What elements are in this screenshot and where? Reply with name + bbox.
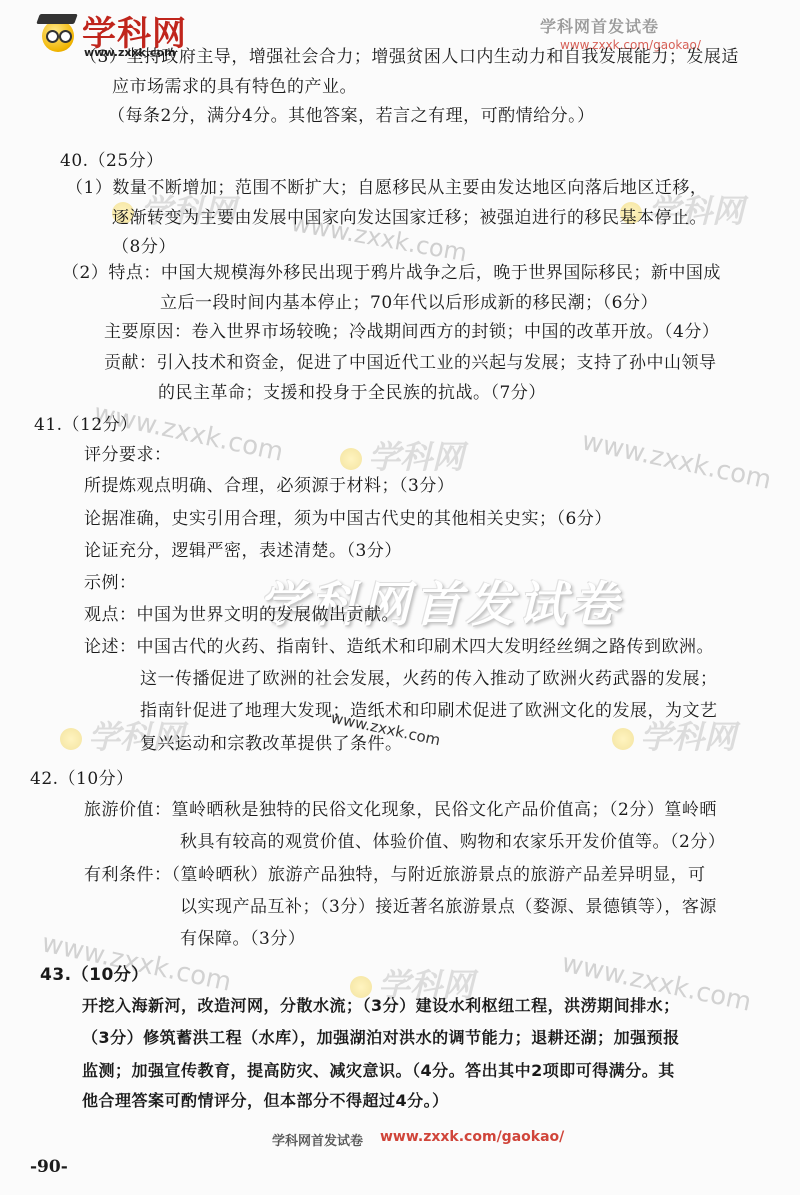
q41-line-4: 论证充分，逻辑严密，表述清楚。（3分） (84, 536, 402, 561)
q40-heading: 40.（25分） (60, 146, 164, 171)
q40-p2-line-3: 主要原因：卷入世界市场较晚；冷战期间西方的封锁；中国的改革开放。（4分） (104, 317, 719, 342)
q41-line-7: 论述：中国古代的火药、指南针、造纸术和印刷术四大发明经丝绸之路传到欧洲。 (84, 632, 714, 657)
q42-line-1: 旅游价值：篁岭晒秋是独特的民俗文化现象，民俗文化产品价值高；（2分）篁岭晒 (84, 795, 717, 820)
q41-line-9: 指南针促进了地理大发现；造纸术和印刷术促进了欧洲文化的发展，为文艺 (140, 696, 718, 721)
page-number: -90- (30, 1157, 68, 1177)
q40-p2-line-5: 的民主革命；支援和投身于全民族的抗战。（7分） (158, 378, 546, 403)
q43-heading: 43.（10分） (40, 960, 149, 985)
q41-line-1: 评分要求： (84, 440, 172, 465)
q41-line-5: 示例： (84, 568, 137, 593)
q43-line-4: 他合理答案可酌情评分，但本部分不得超过4分。） (82, 1088, 449, 1111)
q40-p2-line-1: （2）特点：中国大规模海外移民出现于鸦片战争之后，晚于世界国际移民；新中国成 (62, 258, 721, 283)
q42-line-4: 以实现产品互补；（3分）接近著名旅游景点（婺源、景德镇等），客源 (180, 892, 717, 917)
q41-line-6: 观点：中国为世界文明的发展做出贡献。 (84, 600, 399, 625)
q40-p2-line-4: 贡献：引入技术和资金，促进了中国近代工业的兴起与发展；支持了孙中山领导 (104, 348, 717, 373)
q41-line-3: 论据准确，史实引用合理，须为中国古代史的其他相关史实；（6分） (84, 504, 612, 529)
header-brand: 学科网首发试卷 (540, 14, 659, 37)
q40-p1-line-1: （1）数量不断增加；范围不断扩大；自愿移民从主要由发达地区向落后地区迁移， (66, 173, 707, 198)
mascot-icon (60, 728, 82, 750)
q41-line-2: 所提炼观点明确、合理，必须源于材料；（3分） (84, 471, 454, 496)
prev-line-2: 应市场需求的具有特色的产业。 (112, 72, 357, 97)
q40-p1-line-2: 逐渐转变为主要由发展中国家向发达国家迁移；被强迫进行的移民基本停止。 (112, 203, 707, 228)
mascot-icon (38, 12, 78, 56)
q42-line-2: 秋具有较高的观赏价值、体验价值、购物和农家乐开发价值等。（2分） (180, 827, 725, 852)
q42-heading: 42.（10分） (30, 764, 134, 789)
q43-line-3: 监测；加强宣传教育，提高防灾、减灾意识。（4分。答出其中2项即可得满分。其 (82, 1058, 675, 1081)
watermark-url: www.zxxk.com (579, 426, 774, 495)
footer-url[interactable]: www.zxxk.com/gaokao/ (380, 1129, 564, 1145)
q43-line-1: 开挖入海新河，改造河网，分散水流；（3分）建设水利枢纽工程，洪涝期间排水； (82, 993, 680, 1016)
mascot-icon (340, 448, 362, 470)
q40-p2-line-2: 立后一段时间内基本停止；70年代以后形成新的移民潮；（6分） (160, 288, 658, 313)
q41-heading: 41.（12分） (34, 410, 138, 435)
prev-line-1: （3）坚持政府主导，增强社会合力；增强贫困人口内生动力和自我发展能力；发展适 (80, 42, 739, 67)
q42-line-3: 有利条件：（篁岭晒秋）旅游产品独特，与附近旅游景点的旅游产品差异明显，可 (84, 860, 706, 885)
footer-brand: 学科网首发试卷 (272, 1130, 363, 1149)
mascot-icon (612, 728, 634, 750)
q41-line-10: 复兴运动和宗教改革提供了条件。 (140, 729, 403, 754)
q41-line-8: 这一传播促进了欧洲的社会发展，火药的传入推动了欧洲火药武器的发展； (140, 664, 718, 689)
q42-line-5: 有保障。（3分） (180, 924, 305, 949)
q43-line-2: （3分）修筑蓄洪工程（水库），加强湖泊对洪水的调节能力；退耕还湖；加强预报 (82, 1025, 680, 1048)
q40-p1-line-3: （8分） (112, 232, 176, 257)
prev-line-3: （每条2分，满分4分。其他答案，若言之有理，可酌情给分。） (108, 101, 595, 126)
